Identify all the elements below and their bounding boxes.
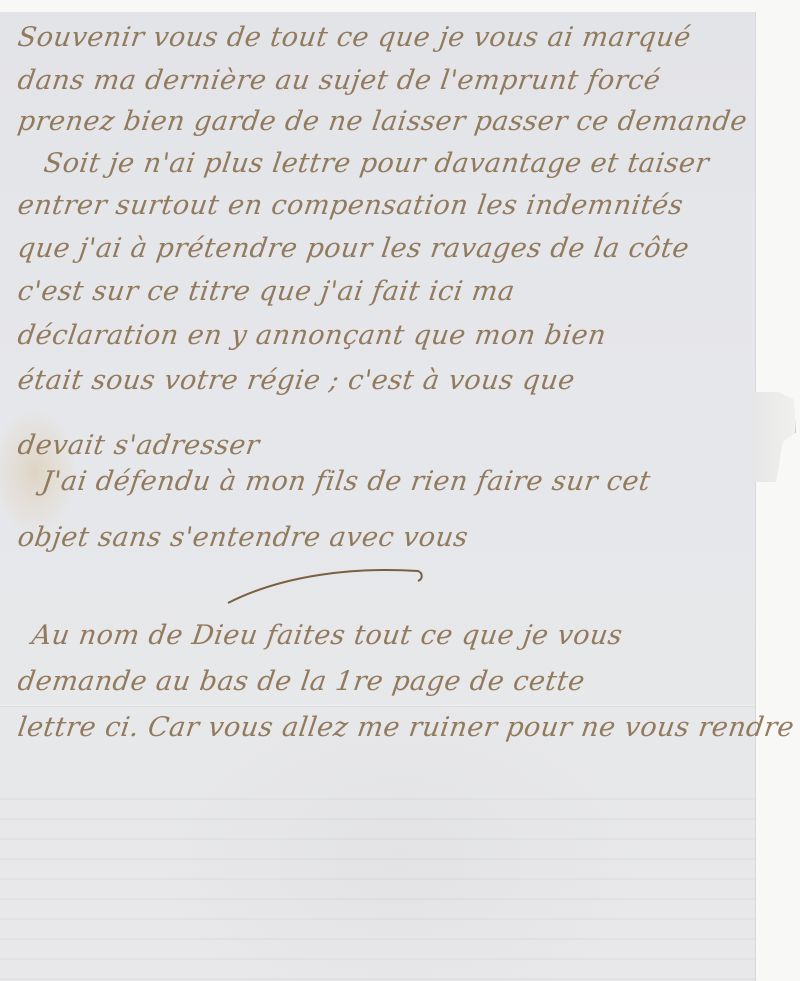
letter-line-8: déclaration en y annonçant que mon bien [16, 320, 608, 351]
letter-line-7: c'est sur ce titre que j'ai fait ici ma [16, 276, 517, 307]
letter-line-14: demande au bas de la 1re page de cette [16, 666, 587, 697]
letter-line-13: Au nom de Dieu faites tout ce que je vou… [30, 620, 625, 651]
letter-line-11: J'ai défendu à mon fils de rien faire su… [40, 466, 653, 497]
scanned-letter-page: Souvenir vous de tout ce que je vous ai … [0, 0, 800, 981]
letter-line-12: objet sans s'entendre avec vous [16, 522, 470, 553]
letter-line-5: entrer surtout en compensation les indem… [16, 190, 685, 221]
letter-line-2: dans ma dernière au sujet de l'emprunt f… [16, 65, 663, 96]
letter-line-1: Souvenir vous de tout ce que je vous ai … [16, 22, 693, 53]
torn-paper-tab [752, 392, 796, 482]
show-through-text [0, 780, 755, 980]
letter-line-9: était sous votre régie ; c'est à vous qu… [16, 365, 577, 396]
letter-line-4: Soit je n'ai plus lettre pour davantage … [42, 148, 711, 179]
pen-flourish-icon [223, 565, 423, 605]
letter-line-15: lettre ci. Car vous allez me ruiner pour… [16, 712, 796, 743]
letter-line-3: prenez bien garde de ne laisser passer c… [16, 106, 749, 137]
letter-line-6: que j'ai à prétendre pour les ravages de… [16, 233, 691, 264]
letter-line-10: devait s'adresser [16, 430, 262, 461]
